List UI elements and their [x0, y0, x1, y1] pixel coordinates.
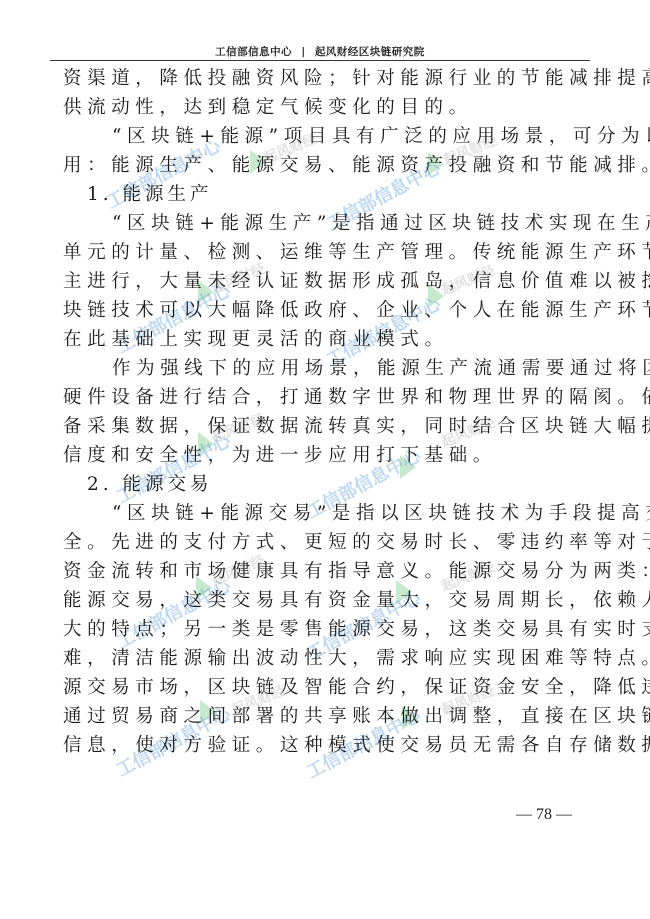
paragraph-line: 信度和安全性，为进一步应用打下基础。 [63, 441, 591, 470]
paragraph-line: 信息，使对方验证。这种模式使交易员无需各自存储数据，而是共享 [63, 731, 591, 760]
paragraph-line: 难，清洁能源输出波动性大，需求响应实现困难等特点。针对批发能 [63, 644, 591, 673]
paragraph-line: “区块链+能源”项目具有广泛的应用场景，可分为以下几类具体应 [63, 122, 591, 151]
section-heading-energy-trading: 2. 能源交易 [63, 470, 591, 499]
section-heading-energy-production: 1. 能源生产 [63, 180, 591, 209]
paragraph-line: “区块链+能源生产”是指通过区块链技术实现在生产环节对相应 [63, 209, 591, 238]
header-org-right: 起风财经区块链研究院 [315, 46, 425, 58]
paragraph-line: 作为强线下的应用场景，能源生产流通需要通过将区块链技术和 [63, 354, 591, 383]
body-text: 资渠道，降低投融资风险；针对能源行业的节能减排提高参与度，提 供流动性，达到稳定… [63, 64, 591, 760]
paragraph-line: 硬件设备进行结合，打通数字世界和物理世界的隔阂。依靠物联网设 [63, 383, 591, 412]
paragraph-line: 用：能源生产、能源交易、能源资产投融资和节能减排。 [63, 151, 591, 180]
header-org-left: 工信部信息中心 [215, 46, 292, 58]
paragraph-line: 在此基础上实现更灵活的商业模式。 [63, 325, 591, 354]
paragraph-line: 通过贸易商之间部署的共享账本做出调整，直接在区块链上记录交易 [63, 702, 591, 731]
paragraph-line: 单元的计量、检测、运维等生产管理。传统能源生产环节多由公司自 [63, 238, 591, 267]
header-separator: | [301, 46, 305, 58]
paragraph-line: 能源交易，这类交易具有资金量大，交易周期长，依赖人力，风险较 [63, 586, 591, 615]
paragraph-line: 供流动性，达到稳定气候变化的目的。 [63, 93, 591, 122]
paragraph-line: 源交易市场，区块链及智能合约，保证资金安全，降低违约率。例如， [63, 673, 591, 702]
running-header: 工信部信息中心 | 起风财经区块链研究院 [50, 44, 590, 59]
paragraph-line: 全。先进的支付方式、更短的交易时长、零违约率等对于能源行业的 [63, 528, 591, 557]
page-number: — 78 — [508, 806, 580, 824]
paragraph-line: 备采集数据，保证数据流转真实，同时结合区块链大幅提升数据的可 [63, 412, 591, 441]
paragraph-line: 大的特点；另一类是零售能源交易，这类交易具有实时支付清结算困 [63, 615, 591, 644]
paragraph-line: “区块链+能源交易”是指以区块链技术为手段提高交易效率与安 [63, 499, 591, 528]
paragraph-line: 块链技术可以大幅降低政府、企业、个人在能源生产环节的进入门槛， [63, 296, 591, 325]
paragraph-line: 资渠道，降低投融资风险；针对能源行业的节能减排提高参与度，提 [63, 64, 591, 93]
paragraph-line: 资金流转和市场健康具有指导意义。能源交易分为两类：一类是批发 [63, 557, 591, 586]
header-rule [50, 60, 590, 61]
paragraph-line: 主进行，大量未经认证数据形成孤岛，信息价值难以被挖掘。通过区 [63, 267, 591, 296]
